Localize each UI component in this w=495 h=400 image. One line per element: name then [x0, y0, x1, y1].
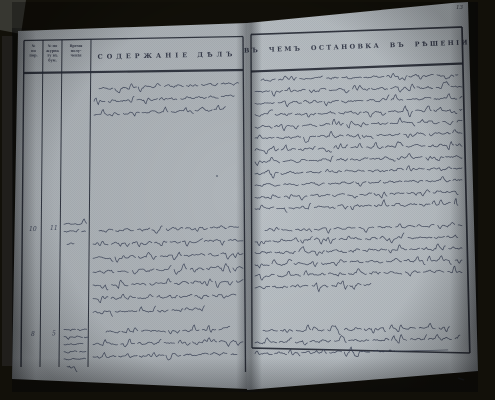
ledger-spread-photo: СОДЕРЖАНІЕ ДѢЛЪВЪ ЧЕМЪ ОСТАНОВКА ВЪ РѢШЕ…: [0, 0, 495, 400]
book-edge-strip: [2, 36, 13, 366]
photo-stage: СОДЕРЖАНІЕ ДѢЛЪВЪ ЧЕМЪ ОСТАНОВКА ВЪ РѢШЕ…: [0, 0, 495, 400]
photo-vignette: [12, 2, 478, 392]
